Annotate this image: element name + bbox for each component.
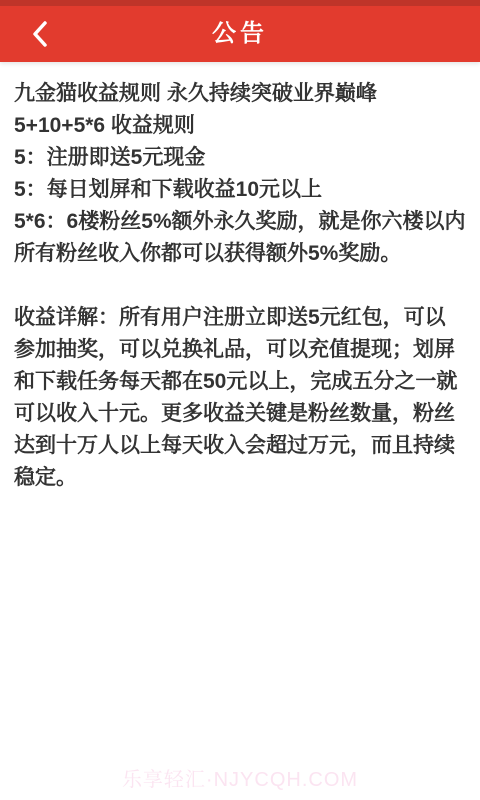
- navbar: 公告: [0, 6, 480, 62]
- announcement-screen: 公告 九金猫收益规则 永久持续突破业界巅峰 5+10+5*6 收益规则 5：注册…: [0, 0, 480, 800]
- rules-block: 九金猫收益规则 永久持续突破业界巅峰 5+10+5*6 收益规则 5：注册即送5…: [14, 78, 466, 270]
- rule-line-fans: 5*6：6楼粉丝5%额外永久奖励，就是你六楼以内所有粉丝收入你都可以获得额外5%…: [14, 206, 466, 270]
- page-title: 公告: [212, 6, 268, 62]
- rule-line-register: 5：注册即送5元现金: [14, 142, 466, 174]
- app-header: 公告: [0, 0, 480, 62]
- chevron-left-icon: [31, 20, 49, 48]
- rule-line-daily: 5：每日划屏和下载收益10元以上: [14, 174, 466, 206]
- rule-line-formula: 5+10+5*6 收益规则: [14, 110, 466, 142]
- rule-line-heading: 九金猫收益规则 永久持续突破业界巅峰: [14, 78, 466, 110]
- detail-paragraph: 收益详解：所有用户注册立即送5元红包，可以参加抽奖，可以兑换礼品，可以充值提现；…: [14, 302, 466, 494]
- back-button[interactable]: [16, 6, 64, 62]
- announcement-content: 九金猫收益规则 永久持续突破业界巅峰 5+10+5*6 收益规则 5：注册即送5…: [0, 62, 480, 494]
- watermark: 乐享轻汇·NJYCQH.COM: [0, 763, 480, 792]
